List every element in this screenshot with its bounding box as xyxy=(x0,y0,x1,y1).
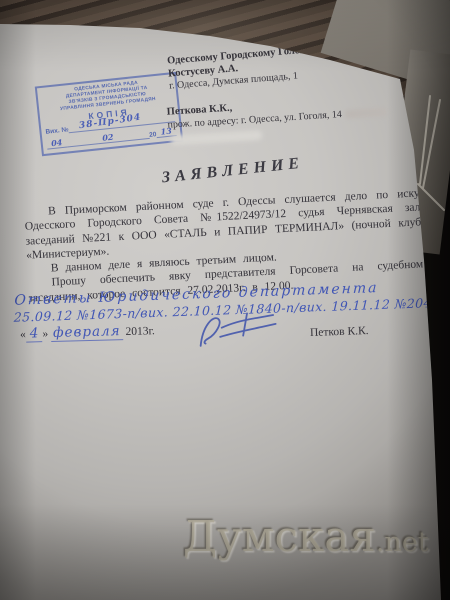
registration-stamp: ОДЕСЬКА МІСЬКА РАДА ДЕПАРТАМЕНТ ІНФОРМАЦ… xyxy=(35,72,183,156)
signer-name: Петков К.К. xyxy=(310,325,369,339)
stamp-date-month: 02 xyxy=(97,131,118,144)
date-line: «4» февраля 2013г. xyxy=(20,322,155,342)
stamp-date-blank xyxy=(67,137,99,147)
stamp-date-day: 04 xyxy=(46,136,67,149)
watermark: Думская.net xyxy=(183,516,429,558)
addressee-block: Одесскому Городскому Голове Костусеву А.… xyxy=(167,44,313,93)
applicant-block: Петкова К.К., прож. по адресу: г. Одесса… xyxy=(166,93,387,131)
stamp-ref-label: Вих. № xyxy=(45,126,69,135)
handwritten-day: 4 xyxy=(26,325,43,342)
handwritten-month: февраля xyxy=(51,323,123,342)
photo-of-document: ОДЕСЬКА МІСЬКА РАДА ДЕПАРТАМЕНТ ІНФОРМАЦ… xyxy=(0,0,450,600)
document-title: ЗАЯВЛЕНИЕ xyxy=(148,153,319,189)
watermark-suffix: .net xyxy=(376,529,429,556)
redaction-blur xyxy=(345,107,387,119)
redaction-blur xyxy=(170,130,262,146)
typed-year: 2013г. xyxy=(125,325,155,338)
stamp-date-blank xyxy=(118,132,150,142)
watermark-main: Думская xyxy=(183,516,376,558)
quote-close: » xyxy=(42,328,48,340)
signature xyxy=(191,308,281,358)
document-content: ОДЕСЬКА МІСЬКА РАДА ДЕПАРТАМЕНТ ІНФОРМАЦ… xyxy=(0,0,450,600)
